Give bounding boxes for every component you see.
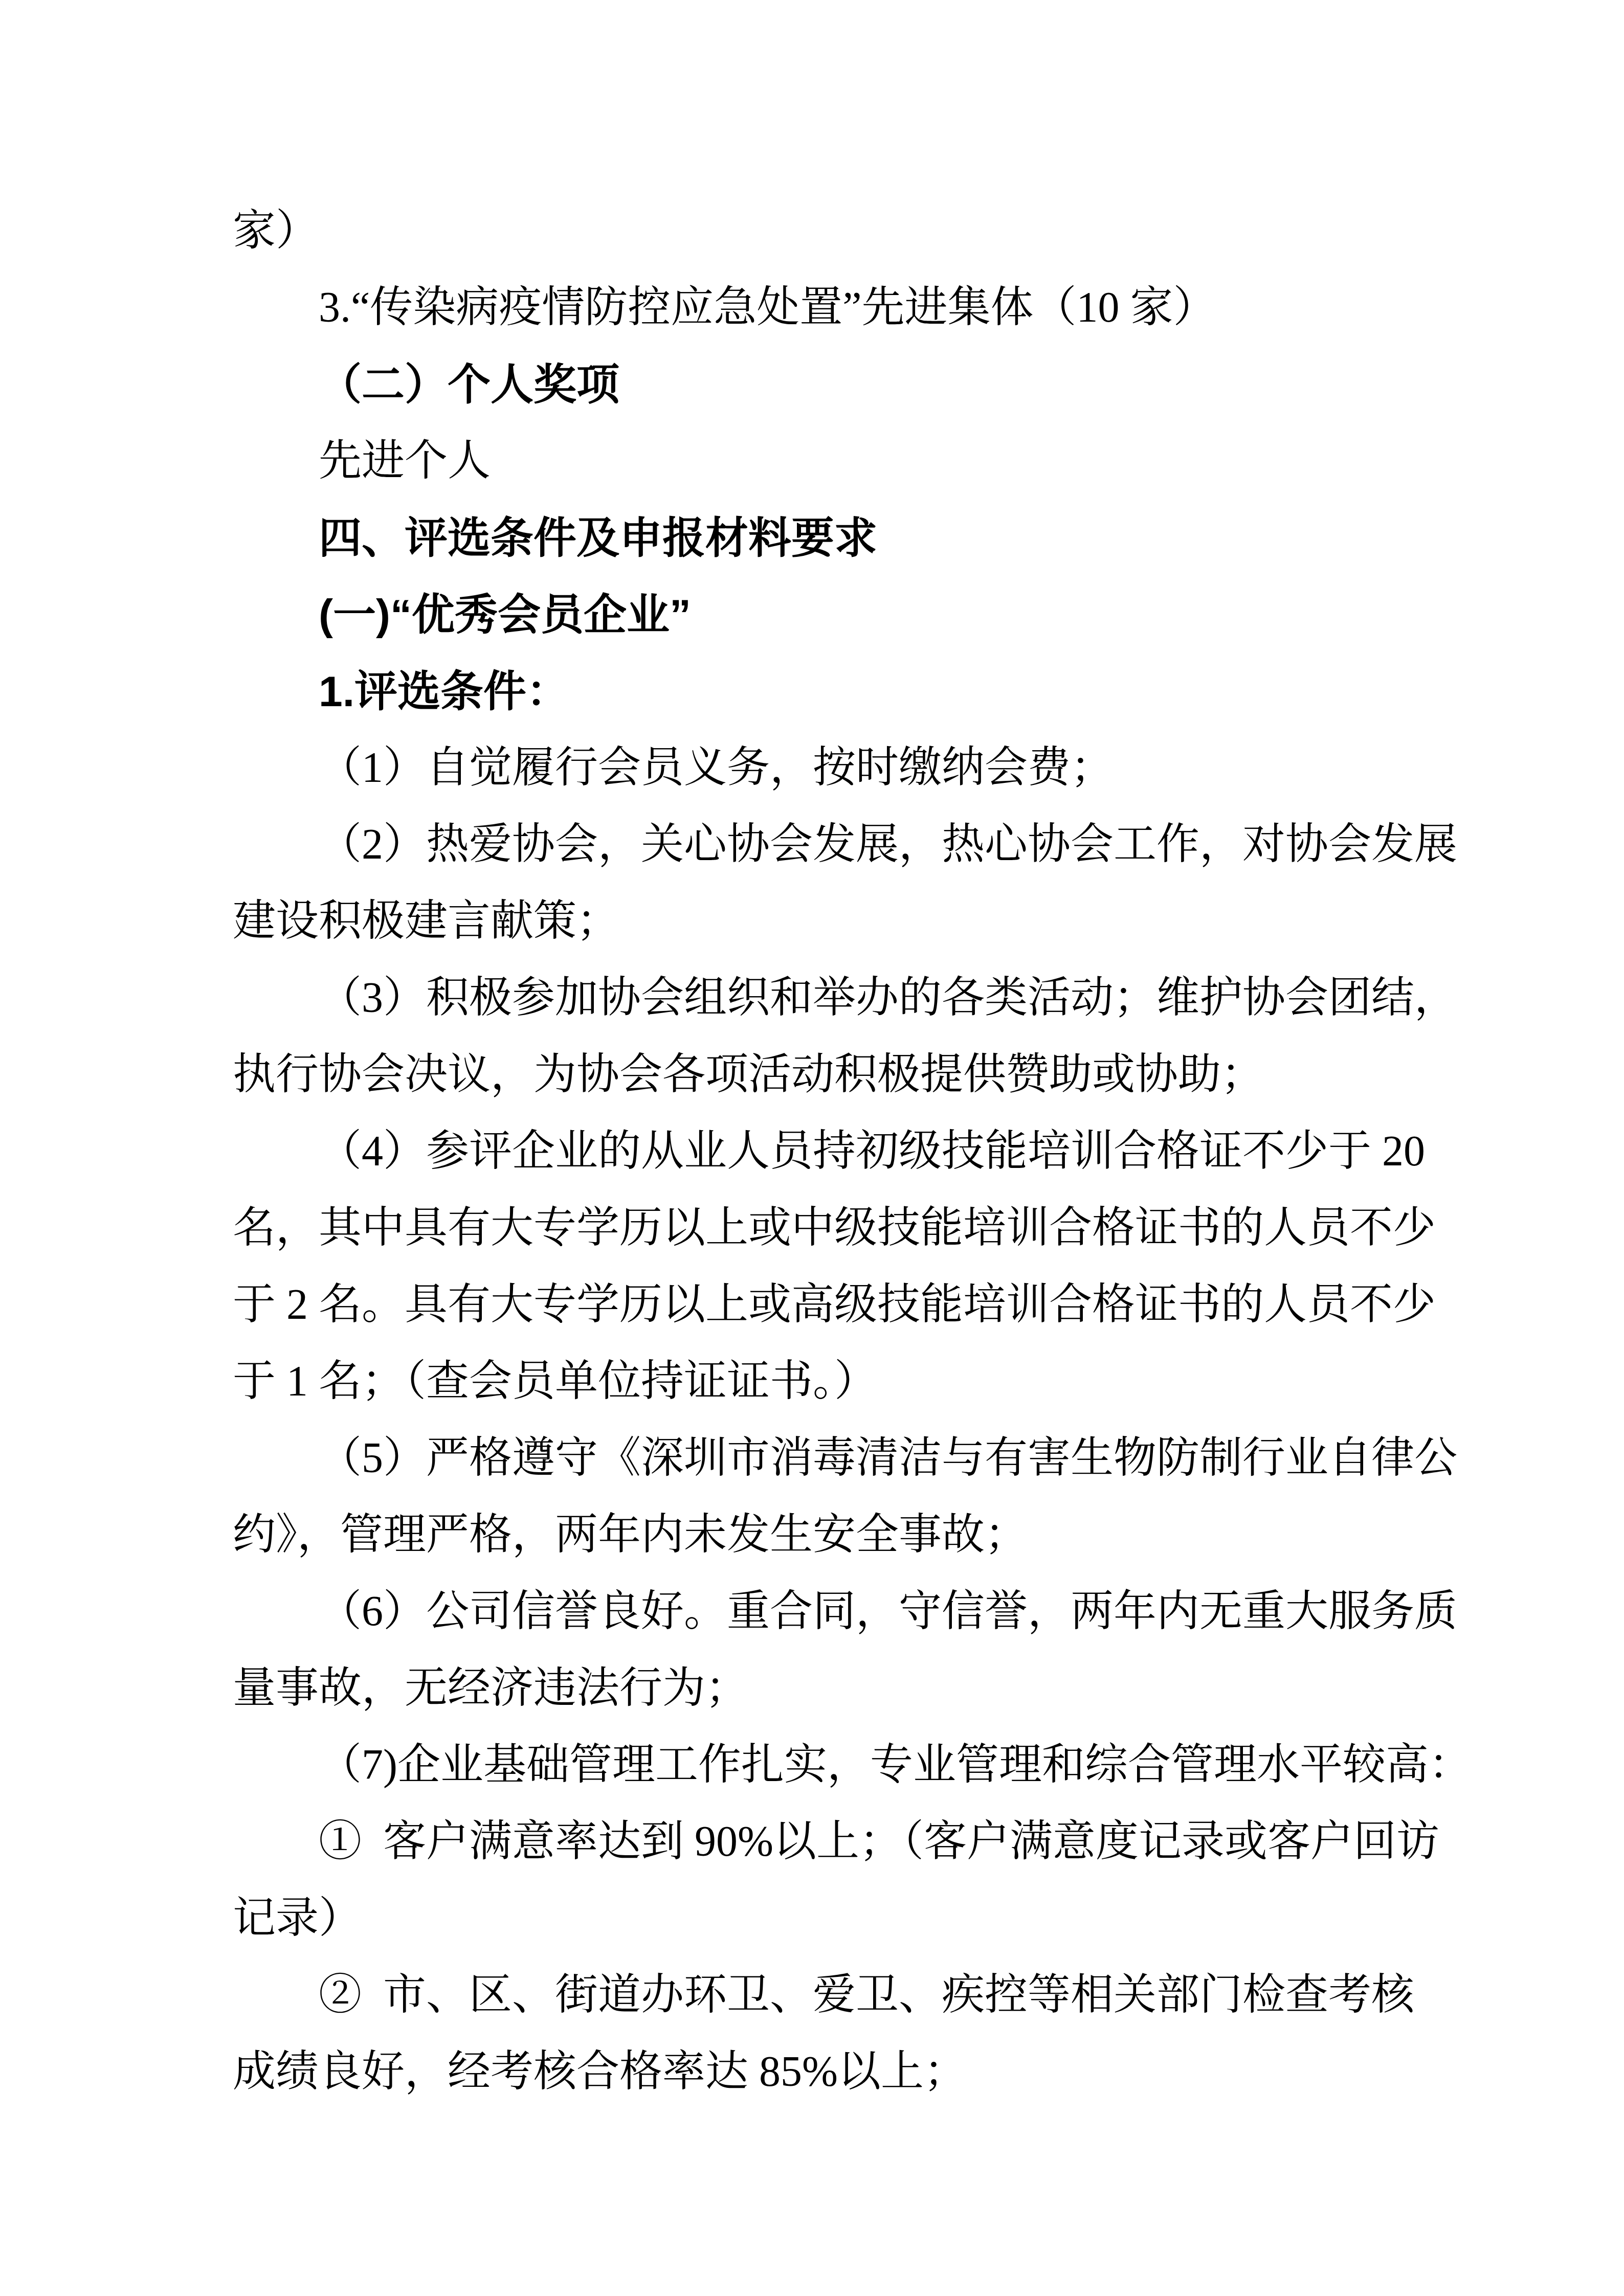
text-line: 名，其中具有大专学历以上或中级技能培训合格证书的人员不少 <box>233 1190 1417 1267</box>
text-line: （7)企业基础管理工作扎实，专业管理和综合管理水平较高： <box>233 1727 1417 1804</box>
text-line: 家） <box>233 193 1417 269</box>
text-line: ② 市、区、街道办环卫、爱卫、疾控等相关部门检查考核 <box>233 1957 1417 2034</box>
text-line: 于 1 名；（查会员单位持证证书。） <box>233 1343 1417 1420</box>
text-line: 于 2 名。具有大专学历以上或高级技能培训合格证书的人员不少 <box>233 1267 1417 1343</box>
heading-line: 1.评选条件： <box>233 653 1417 730</box>
text-line: （4）参评企业的从业人员持初级技能培训合格证不少于 20 <box>233 1113 1417 1190</box>
text-line: 成绩良好，经考核合格率达 85%以上； <box>233 2034 1417 2110</box>
text-line: 3.“传染病疫情防控应急处置”先进集体（10 家） <box>233 269 1417 346</box>
text-line: 记录） <box>233 1880 1417 1957</box>
document-page: 家）3.“传染病疫情防控应急处置”先进集体（10 家）（二）个人奖项先进个人四、… <box>0 0 1624 2296</box>
text-line: （1）自觉履行会员义务，按时缴纳会费； <box>233 730 1417 806</box>
text-line: 执行协会决议，为协会各项活动积极提供赞助或协助； <box>233 1037 1417 1113</box>
heading-line: (一)“优秀会员企业” <box>233 576 1417 653</box>
text-line: 建设积极建言献策； <box>233 883 1417 960</box>
text-line: 先进个人 <box>233 423 1417 500</box>
heading-line: （二）个人奖项 <box>233 346 1417 423</box>
heading-line: 四、评选条件及申报材料要求 <box>233 500 1417 576</box>
text-line: （5）严格遵守《深圳市消毒清洁与有害生物防制行业自律公 <box>233 1420 1417 1497</box>
text-line: ① 客户满意率达到 90%以上；（客户满意度记录或客户回访 <box>233 1804 1417 1880</box>
text-line: （3）积极参加协会组织和举办的各类活动；维护协会团结， <box>233 960 1417 1037</box>
text-line: 量事故，无经济违法行为； <box>233 1650 1417 1727</box>
text-line: （2）热爱协会，关心协会发展，热心协会工作，对协会发展 <box>233 806 1417 883</box>
text-line: （6）公司信誉良好。重合同，守信誉，两年内无重大服务质 <box>233 1573 1417 1650</box>
text-line: 约》，管理严格，两年内未发生安全事故； <box>233 1497 1417 1573</box>
document-body: 家）3.“传染病疫情防控应急处置”先进集体（10 家）（二）个人奖项先进个人四、… <box>233 193 1417 2110</box>
